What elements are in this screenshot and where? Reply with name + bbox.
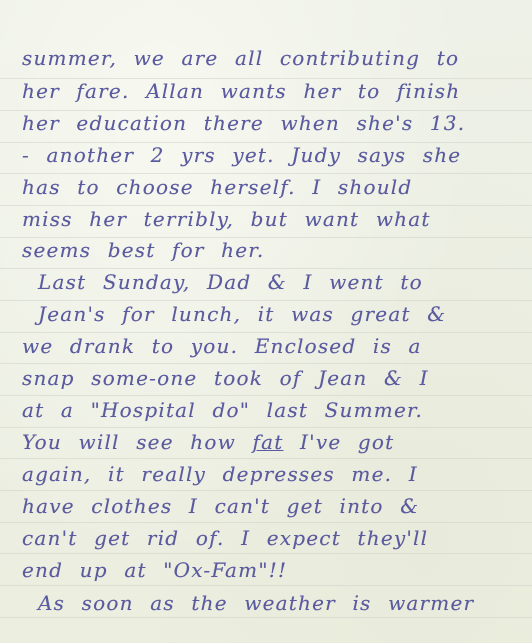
letter-body: summer, we are all contributing to her f… [0, 0, 532, 643]
letter-line: her fare. Allan wants her to finish [22, 79, 460, 103]
letter-line: miss her terribly, but want what [22, 207, 431, 231]
letter-line: Jean's for lunch, it was great & [38, 302, 446, 326]
letter-line: snap some-one took of Jean & I [22, 366, 429, 390]
letter-line: have clothes I can't get into & [22, 494, 419, 518]
letter-page: summer, we are all contributing to her f… [0, 0, 532, 643]
letter-line: Last Sunday, Dad & I went to [38, 270, 423, 294]
letter-line: As soon as the weather is warmer [38, 591, 474, 615]
letter-line: again, it really depresses me. I [22, 462, 418, 486]
letter-line: You will see how fat I've got [22, 430, 394, 454]
letter-line: summer, we are all contributing to [22, 46, 459, 70]
letter-line: has to choose herself. I should [22, 175, 412, 199]
letter-line: we drank to you. Enclosed is a [22, 334, 422, 358]
letter-line: end up at "Ox-Fam"!! [22, 558, 287, 582]
letter-line: at a "Hospital do" last Summer. [22, 398, 423, 422]
letter-line: seems best for her. [22, 238, 264, 262]
letter-line: her education there when she's 13. [22, 111, 465, 135]
underlined-word: fat [253, 430, 284, 454]
letter-line: can't get rid of. I expect they'll [22, 526, 428, 550]
letter-line: - another 2 yrs yet. Judy says she [22, 143, 461, 167]
